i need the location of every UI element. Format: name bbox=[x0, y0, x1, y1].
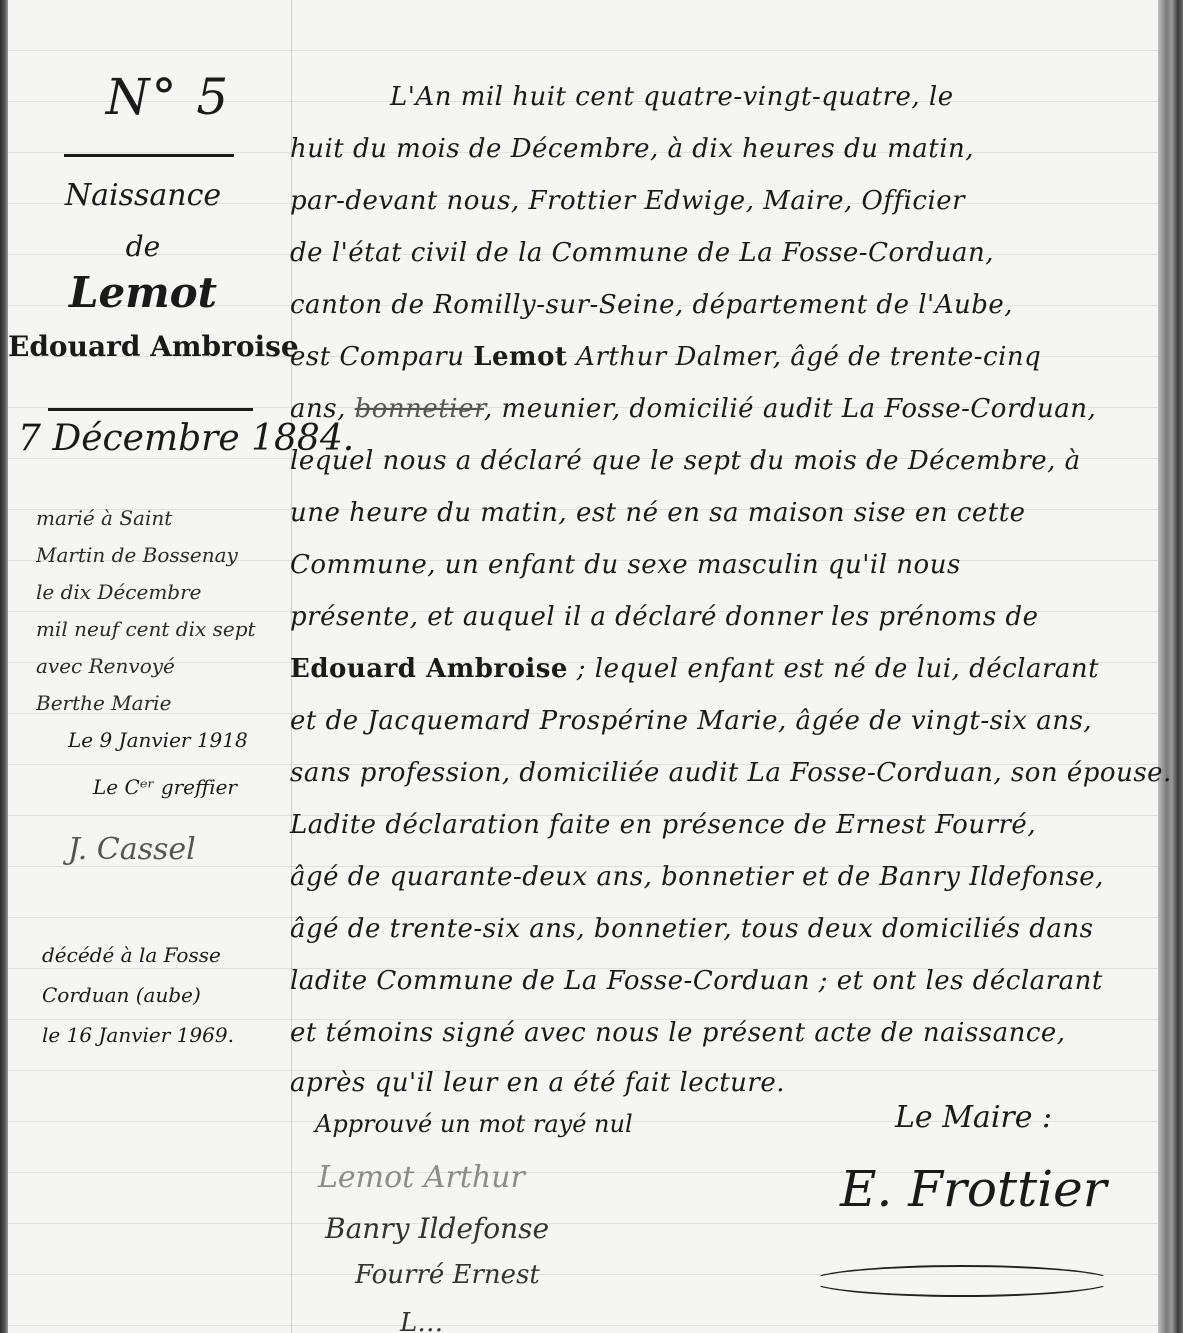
body-line: lequel nous a déclaré que le sept du moi… bbox=[290, 446, 1081, 476]
act-number: N° 5 bbox=[68, 68, 268, 126]
witness-signature: Fourré Ernest bbox=[355, 1260, 540, 1290]
divider bbox=[64, 154, 234, 157]
body-line: âgé de quarante-deux ans, bonnetier et d… bbox=[290, 862, 1104, 892]
body-line: Edouard Ambroise ; lequel enfant est né … bbox=[290, 654, 1099, 684]
birth-date: 7 Décembre 1884. bbox=[18, 418, 288, 459]
text: est Comparu bbox=[290, 342, 473, 372]
witness-signature: Banry Ildefonse bbox=[325, 1212, 549, 1245]
body-line: est Comparu Lemot Arthur Dalmer, âgé de … bbox=[290, 342, 1041, 372]
right-binding-edge bbox=[1158, 0, 1183, 1333]
declarant-signature: Lemot Arthur bbox=[318, 1160, 525, 1195]
body-line: sans profession, domiciliée audit La Fos… bbox=[290, 758, 1172, 788]
struck-word: bonnetier bbox=[355, 394, 484, 424]
body-line: ans, bonnetier, meunier, domicilié audit… bbox=[290, 394, 1096, 424]
signature-flourish bbox=[810, 1265, 1114, 1297]
child-given-names: Edouard Ambroise bbox=[290, 654, 568, 684]
body-line: huit du mois de Décembre, à dix heures d… bbox=[290, 134, 974, 164]
body-line: âgé de trente-six ans, bonnetier, tous d… bbox=[290, 914, 1094, 944]
text: ; lequel enfant est né de lui, déclarant bbox=[568, 654, 1099, 684]
act-type-de: de bbox=[8, 230, 278, 263]
mention-line: Berthe Marie bbox=[36, 685, 276, 722]
body-line: après qu'il leur en a été fait lecture. bbox=[290, 1068, 785, 1098]
act-type-title: Naissance bbox=[8, 178, 278, 213]
body-line: Commune, un enfant du sexe masculin qu'i… bbox=[290, 550, 961, 580]
marriage-mention: marié à Saint Martin de Bossenay le dix … bbox=[36, 500, 276, 722]
mayor-signature: E. Frottier bbox=[840, 1160, 1107, 1218]
body-line: L'An mil huit cent quatre-vingt-quatre, … bbox=[390, 82, 954, 112]
mention-line: Martin de Bossenay bbox=[36, 537, 276, 574]
child-given-names: Edouard Ambroise bbox=[8, 330, 278, 363]
body-line: et témoins signé avec nous le présent ac… bbox=[290, 1018, 1066, 1048]
body-line: Ladite déclaration faite en présence de … bbox=[290, 810, 1036, 840]
declarant-surname: Lemot bbox=[473, 342, 567, 372]
body-line: de l'état civil de la Commune de La Foss… bbox=[290, 238, 994, 268]
margin-column: N° 5 Naissance de Lemot Edouard Ambroise… bbox=[8, 0, 278, 1333]
mayor-title: Le Maire : bbox=[895, 1100, 1052, 1135]
death-mention: décédé à la Fosse Corduan (aube) le 16 J… bbox=[42, 935, 282, 1055]
mention-line: avec Renvoyé bbox=[36, 648, 276, 685]
body-line: et de Jacquemard Prospérine Marie, âgée … bbox=[290, 706, 1092, 736]
mention-line: mil neuf cent dix sept bbox=[36, 611, 276, 648]
divider bbox=[48, 408, 253, 411]
death-line: le 16 Janvier 1969. bbox=[42, 1015, 282, 1055]
child-surname: Lemot bbox=[8, 268, 278, 317]
death-line: Corduan (aube) bbox=[42, 975, 282, 1015]
body-line: ladite Commune de La Fosse-Corduan ; et … bbox=[290, 966, 1103, 996]
approval-note: Approuvé un mot rayé nul bbox=[315, 1110, 633, 1138]
text: Arthur Dalmer, âgé de trente-cinq bbox=[567, 342, 1041, 372]
left-binding-edge bbox=[0, 0, 8, 1333]
greffier-signature: J. Cassel bbox=[68, 832, 196, 867]
text: ans, bbox=[290, 394, 355, 424]
mention-line: marié à Saint bbox=[36, 500, 276, 537]
body-line: présente, et auquel il a déclaré donner … bbox=[290, 602, 1038, 632]
mention-greffier: Le Cᵉʳ greffier bbox=[93, 775, 237, 799]
body-line: canton de Romilly-sur-Seine, département… bbox=[290, 290, 1013, 320]
death-line: décédé à la Fosse bbox=[42, 935, 282, 975]
partial-line: L… bbox=[400, 1308, 443, 1333]
mention-line: le dix Décembre bbox=[36, 574, 276, 611]
body-line: une heure du matin, est né en sa maison … bbox=[290, 498, 1026, 528]
text: , meunier, domicilié audit La Fosse-Cord… bbox=[484, 394, 1096, 424]
mention-date: Le 9 Janvier 1918 bbox=[68, 728, 248, 752]
body-line: par-devant nous, Frottier Edwige, Maire,… bbox=[290, 186, 965, 216]
